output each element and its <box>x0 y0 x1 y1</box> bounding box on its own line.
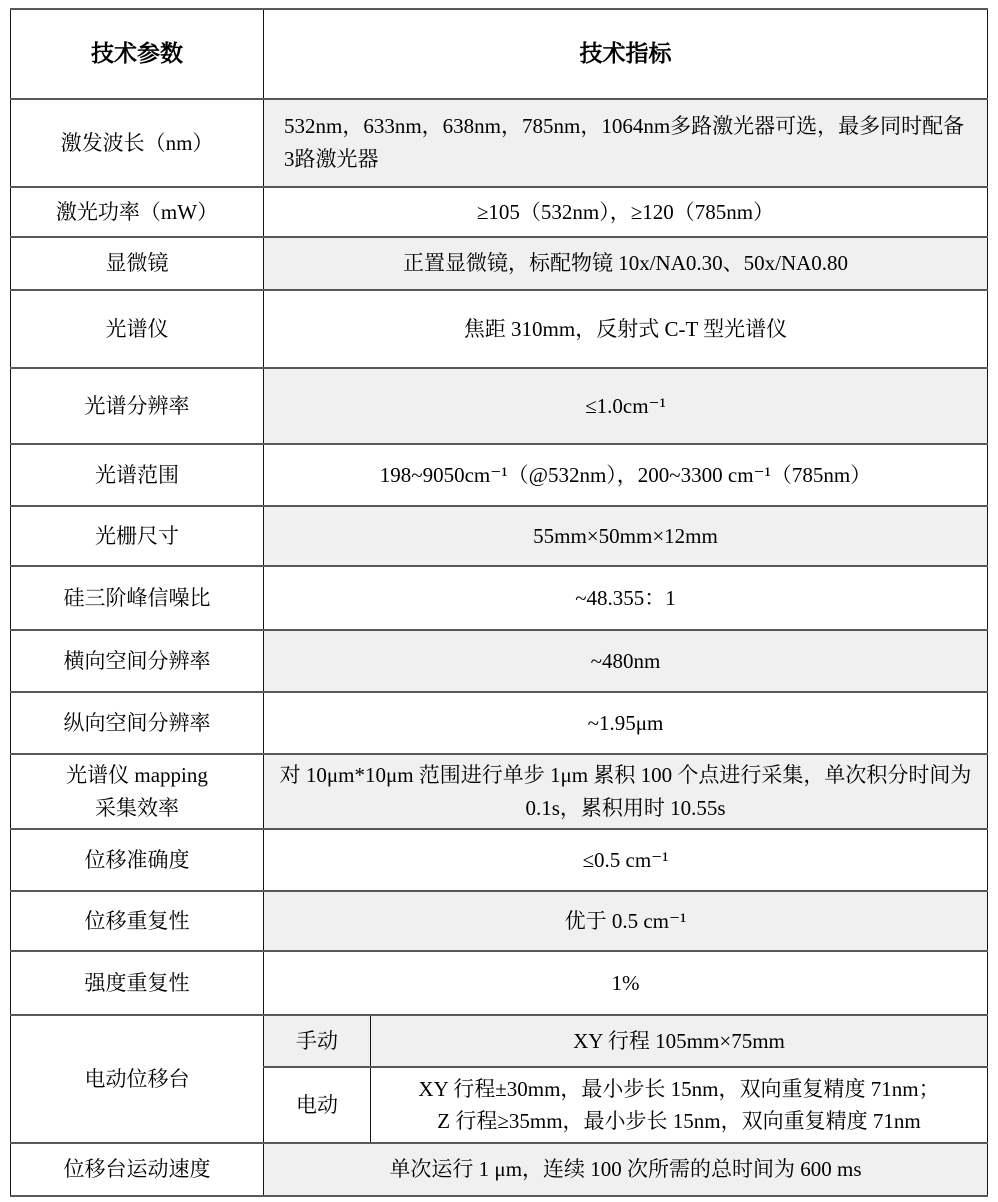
spec-cell: ~48.355：1 <box>264 566 988 630</box>
param-cell: 横向空间分辨率 <box>11 630 264 692</box>
table-row: 位移台运动速度 单次运行 1 μm，连续 100 次所需的总时间为 600 ms <box>11 1143 988 1196</box>
table-row: 显微镜 正置显微镜，标配物镜 10x/NA0.30、50x/NA0.80 <box>11 237 988 290</box>
table-row: 位移准确度 ≤0.5 cm⁻¹ <box>11 829 988 891</box>
spec-cell: XY 行程 105mm×75mm <box>371 1015 988 1067</box>
param-cell: 光谱仪 <box>11 290 264 368</box>
spec-cell: 单次运行 1 μm，连续 100 次所需的总时间为 600 ms <box>264 1143 988 1196</box>
table-row: 强度重复性 1% <box>11 951 988 1015</box>
spec-cell: 198~9050cm⁻¹（@532nm），200~3300 cm⁻¹（785nm… <box>264 444 988 506</box>
table-row: 激光功率（mW） ≥105（532nm），≥120（785nm） <box>11 187 988 237</box>
spec-cell: 正置显微镜，标配物镜 10x/NA0.30、50x/NA0.80 <box>264 237 988 290</box>
table-row: 光栅尺寸 55mm×50mm×12mm <box>11 506 988 566</box>
param-cell: 位移台运动速度 <box>11 1143 264 1196</box>
table-row: 硅三阶峰信噪比 ~48.355：1 <box>11 566 988 630</box>
param-cell-stage-group: 电动位移台 <box>11 1015 264 1143</box>
param-cell: 光栅尺寸 <box>11 506 264 566</box>
spec-cell: ~1.95μm <box>264 692 988 754</box>
table-header-row: 技术参数 技术指标 <box>11 9 988 99</box>
table-row: 光谱仪 焦距 310mm，反射式 C-T 型光谱仪 <box>11 290 988 368</box>
param-cell: 位移准确度 <box>11 829 264 891</box>
table-row: 横向空间分辨率 ~480nm <box>11 630 988 692</box>
table-row: 位移重复性 优于 0.5 cm⁻¹ <box>11 891 988 951</box>
param-cell: 光谱范围 <box>11 444 264 506</box>
spec-cell: 532nm，633nm，638nm，785nm，1064nm多路激光器可选，最多… <box>264 99 988 187</box>
table-row: 纵向空间分辨率 ~1.95μm <box>11 692 988 754</box>
mode-cell-manual: 手动 <box>264 1015 371 1067</box>
spec-cell: ≤0.5 cm⁻¹ <box>264 829 988 891</box>
param-cell: 显微镜 <box>11 237 264 290</box>
table-row: 光谱分辨率 ≤1.0cm⁻¹ <box>11 368 988 444</box>
spec-cell: ≥105（532nm），≥120（785nm） <box>264 187 988 237</box>
spec-cell: ~480nm <box>264 630 988 692</box>
param-cell: 强度重复性 <box>11 951 264 1015</box>
param-cell: 激发波长（nm） <box>11 99 264 187</box>
spec-cell: 55mm×50mm×12mm <box>264 506 988 566</box>
column-header-param: 技术参数 <box>11 9 264 99</box>
spec-cell: 对 10μm*10μm 范围进行单步 1μm 累积 100 个点进行采集，单次积… <box>264 754 988 829</box>
param-cell: 纵向空间分辨率 <box>11 692 264 754</box>
spec-cell: 焦距 310mm，反射式 C-T 型光谱仪 <box>264 290 988 368</box>
param-cell: 硅三阶峰信噪比 <box>11 566 264 630</box>
param-cell: 位移重复性 <box>11 891 264 951</box>
param-cell: 激光功率（mW） <box>11 187 264 237</box>
spec-cell: 优于 0.5 cm⁻¹ <box>264 891 988 951</box>
spec-table: 技术参数 技术指标 激发波长（nm） 532nm，633nm，638nm，785… <box>10 8 988 1197</box>
spec-cell: XY 行程±30mm，最小步长 15nm，双向重复精度 71nm； Z 行程≥3… <box>371 1067 988 1143</box>
spec-sheet-page: 技术参数 技术指标 激发波长（nm） 532nm，633nm，638nm，785… <box>0 0 998 1202</box>
param-cell: 光谱仪 mapping 采集效率 <box>11 754 264 829</box>
spec-cell: 1% <box>264 951 988 1015</box>
table-row: 光谱仪 mapping 采集效率 对 10μm*10μm 范围进行单步 1μm … <box>11 754 988 829</box>
mode-cell-motorized: 电动 <box>264 1067 371 1143</box>
param-cell: 光谱分辨率 <box>11 368 264 444</box>
table-row: 激发波长（nm） 532nm，633nm，638nm，785nm，1064nm多… <box>11 99 988 187</box>
table-row-stage-manual: 电动位移台 手动 XY 行程 105mm×75mm <box>11 1015 988 1067</box>
spec-cell: ≤1.0cm⁻¹ <box>264 368 988 444</box>
column-header-spec: 技术指标 <box>264 9 988 99</box>
table-row: 光谱范围 198~9050cm⁻¹（@532nm），200~3300 cm⁻¹（… <box>11 444 988 506</box>
